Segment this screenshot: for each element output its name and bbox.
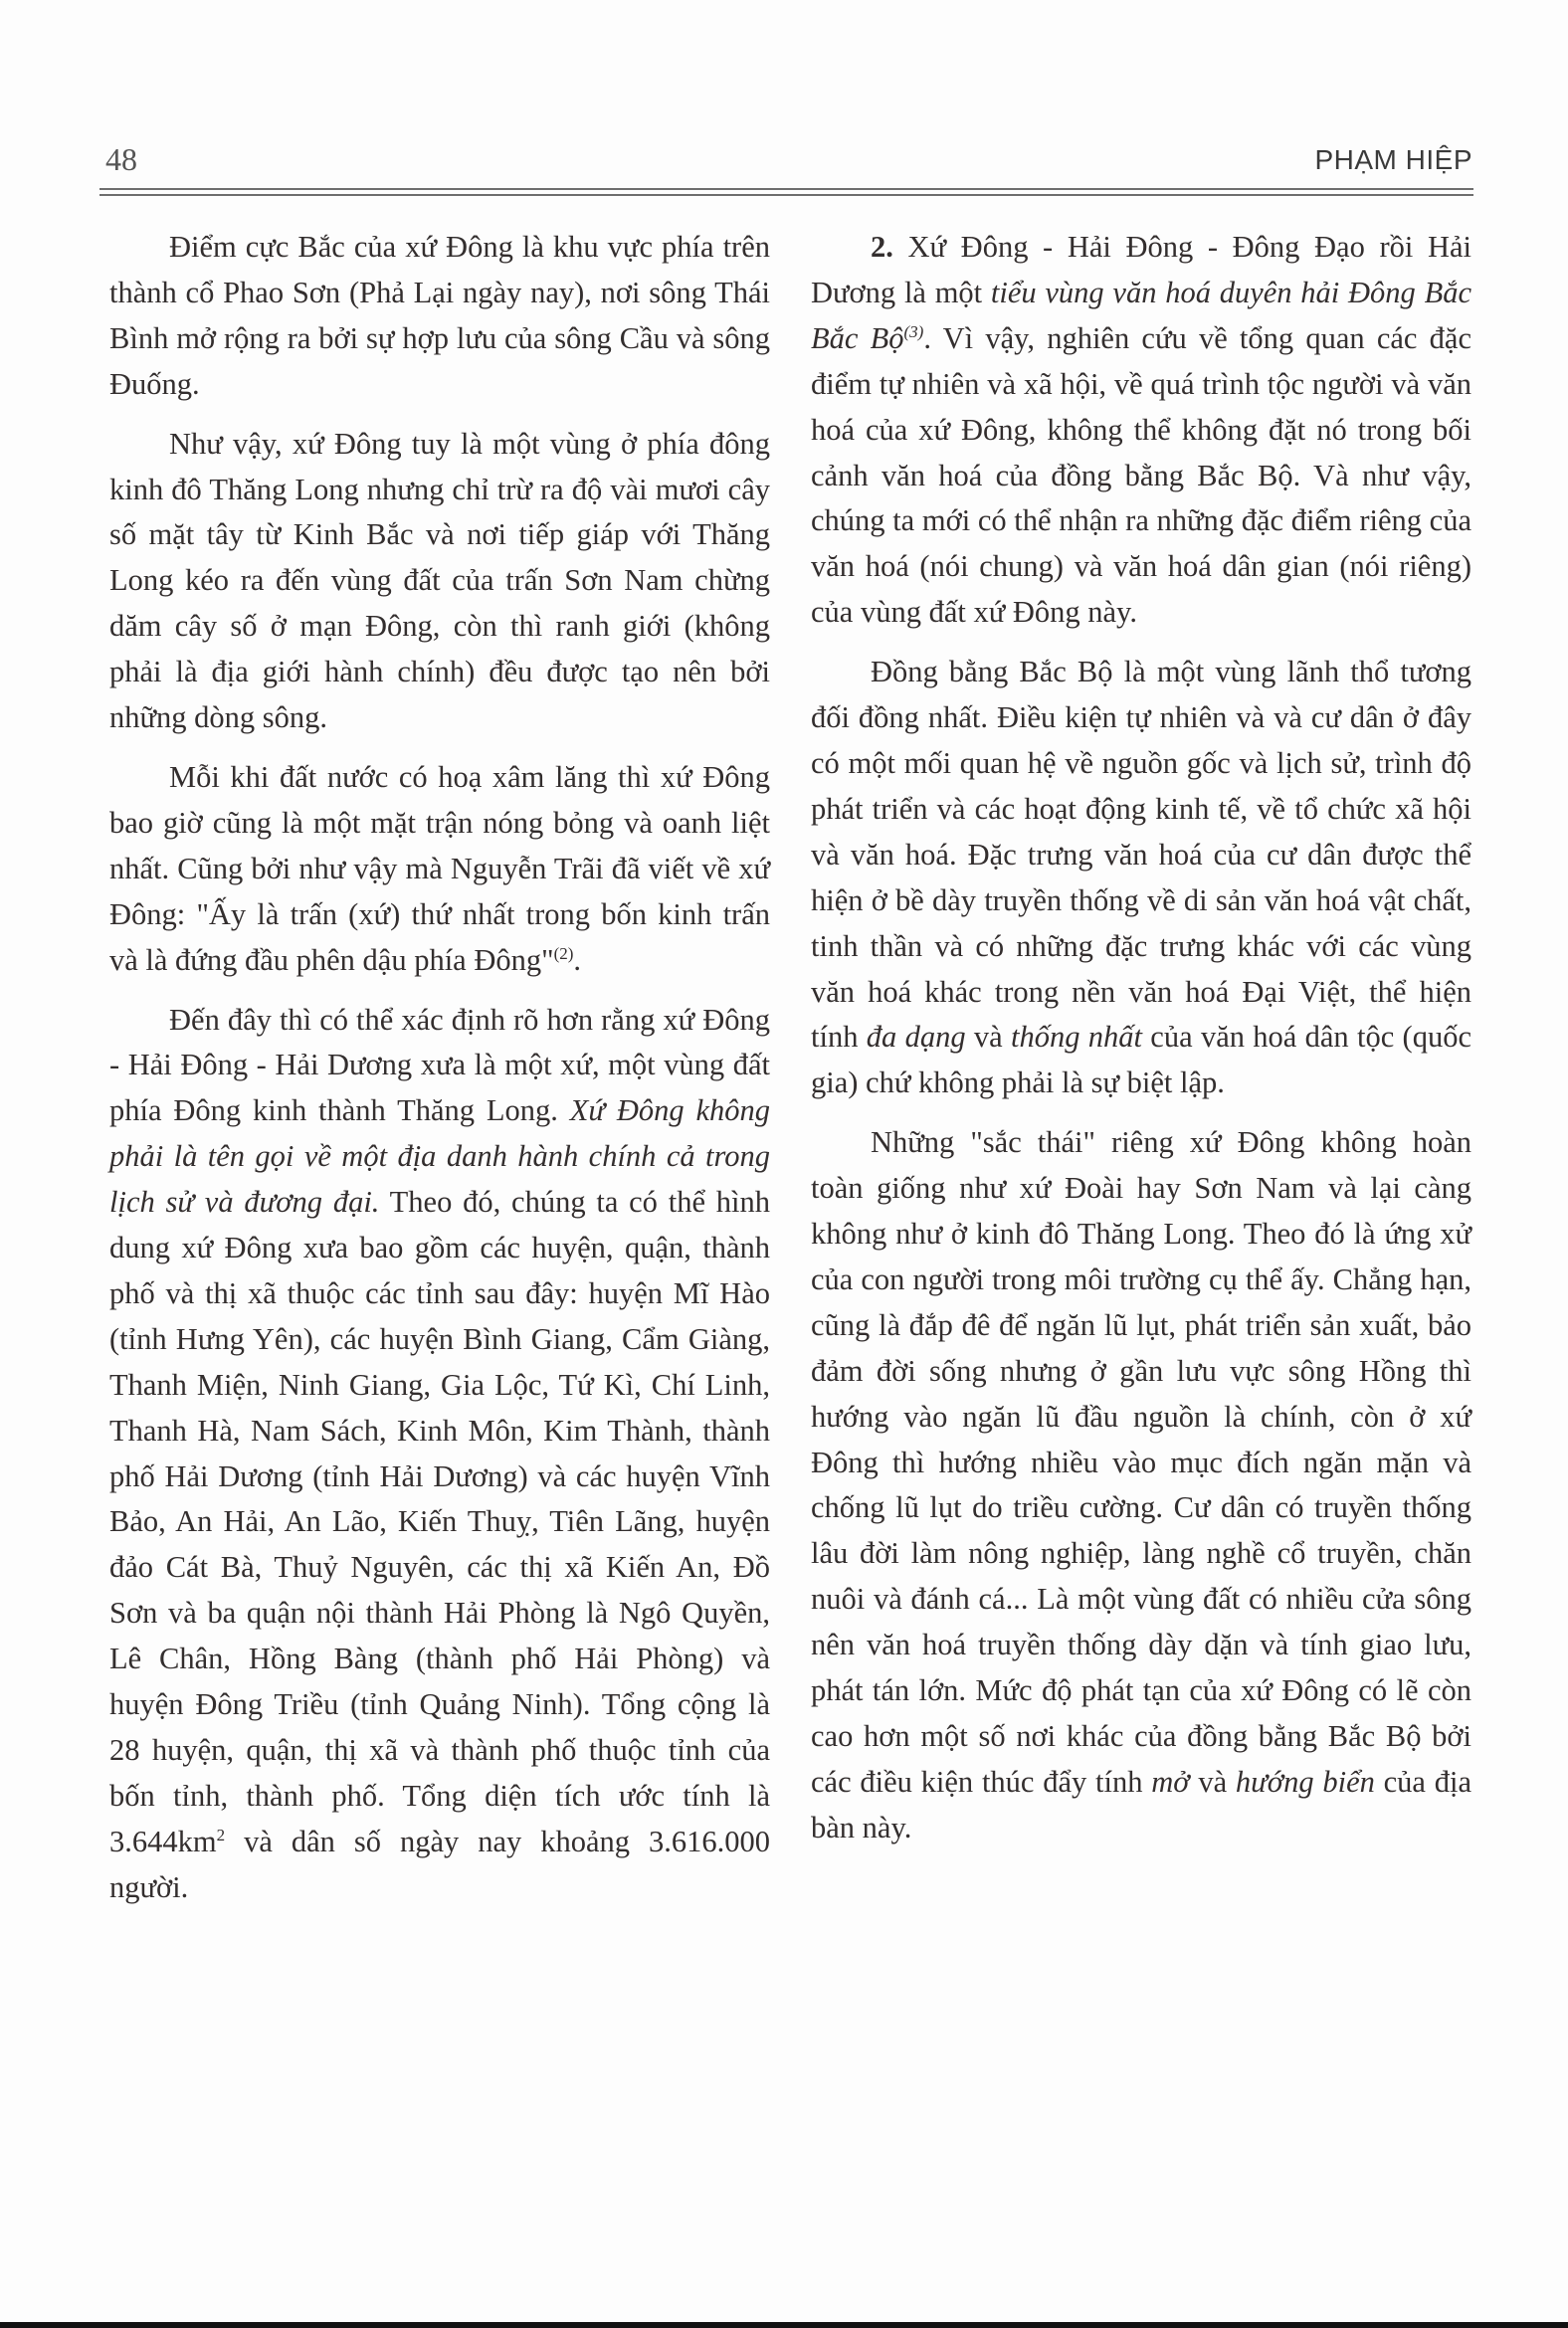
paragraph-text: Như vậy, xứ Đông tuy là một vùng ở phía … (109, 427, 770, 734)
page-header: 48 PHẠM HIỆP (103, 139, 1472, 189)
paragraph-text: và (1190, 1765, 1236, 1799)
page-number: 48 (105, 139, 137, 179)
paragraph-text: . (573, 943, 581, 977)
scan-edge (0, 2322, 1568, 2328)
paragraph: Mỗi khi đất nước có hoạ xâm lăng thì xứ … (109, 755, 770, 984)
paragraph: Như vậy, xứ Đông tuy là một vùng ở phía … (109, 422, 770, 741)
emphasis-text: đa dạng (867, 1020, 966, 1054)
running-head-author: PHẠM HIỆP (1314, 143, 1472, 177)
footnote-ref[interactable]: (2) (554, 943, 574, 962)
superscript: 2 (217, 1826, 226, 1844)
paragraph-text: và (966, 1020, 1011, 1054)
paragraph-text: Mỗi khi đất nước có hoạ xâm lăng thì xứ … (109, 760, 770, 977)
paragraph-text: Những "sắc thái" riêng xứ Đông không hoà… (811, 1125, 1471, 1799)
paragraph-text: Theo đó, chúng ta có thể hình dung xứ Đô… (109, 1185, 770, 1858)
paragraph-text: Đồng bằng Bắc Bộ là một vùng lãnh thổ tư… (811, 655, 1471, 1054)
footnote-ref[interactable]: (3) (904, 322, 924, 341)
paragraph: Điểm cực Bắc của xứ Đông là khu vực phía… (109, 225, 770, 408)
paragraph-text: Điểm cực Bắc của xứ Đông là khu vực phía… (109, 230, 770, 401)
header-rule-bottom (99, 194, 1473, 196)
paragraph: Đồng bằng Bắc Bộ là một vùng lãnh thổ tư… (811, 650, 1471, 1106)
right-column: 2. Xứ Đông - Hải Đông - Đông Đạo rồi Hải… (811, 225, 1471, 1865)
paragraph: Đến đây thì có thể xác định rõ hơn rằng … (109, 998, 770, 1911)
left-column: Điểm cực Bắc của xứ Đông là khu vực phía… (109, 225, 770, 1925)
paragraph: Những "sắc thái" riêng xứ Đông không hoà… (811, 1120, 1471, 1851)
header-rule-top (99, 188, 1473, 190)
emphasis-text: hướng biển (1236, 1765, 1375, 1799)
emphasis-text: mở (1151, 1765, 1189, 1799)
section-number: 2. (871, 230, 893, 264)
emphasis-text: thống nhất (1011, 1020, 1142, 1054)
paragraph-text: . Vì vậy, nghiên cứu về tổng quan các đặ… (811, 321, 1471, 629)
paragraph: 2. Xứ Đông - Hải Đông - Đông Đạo rồi Hải… (811, 225, 1471, 636)
